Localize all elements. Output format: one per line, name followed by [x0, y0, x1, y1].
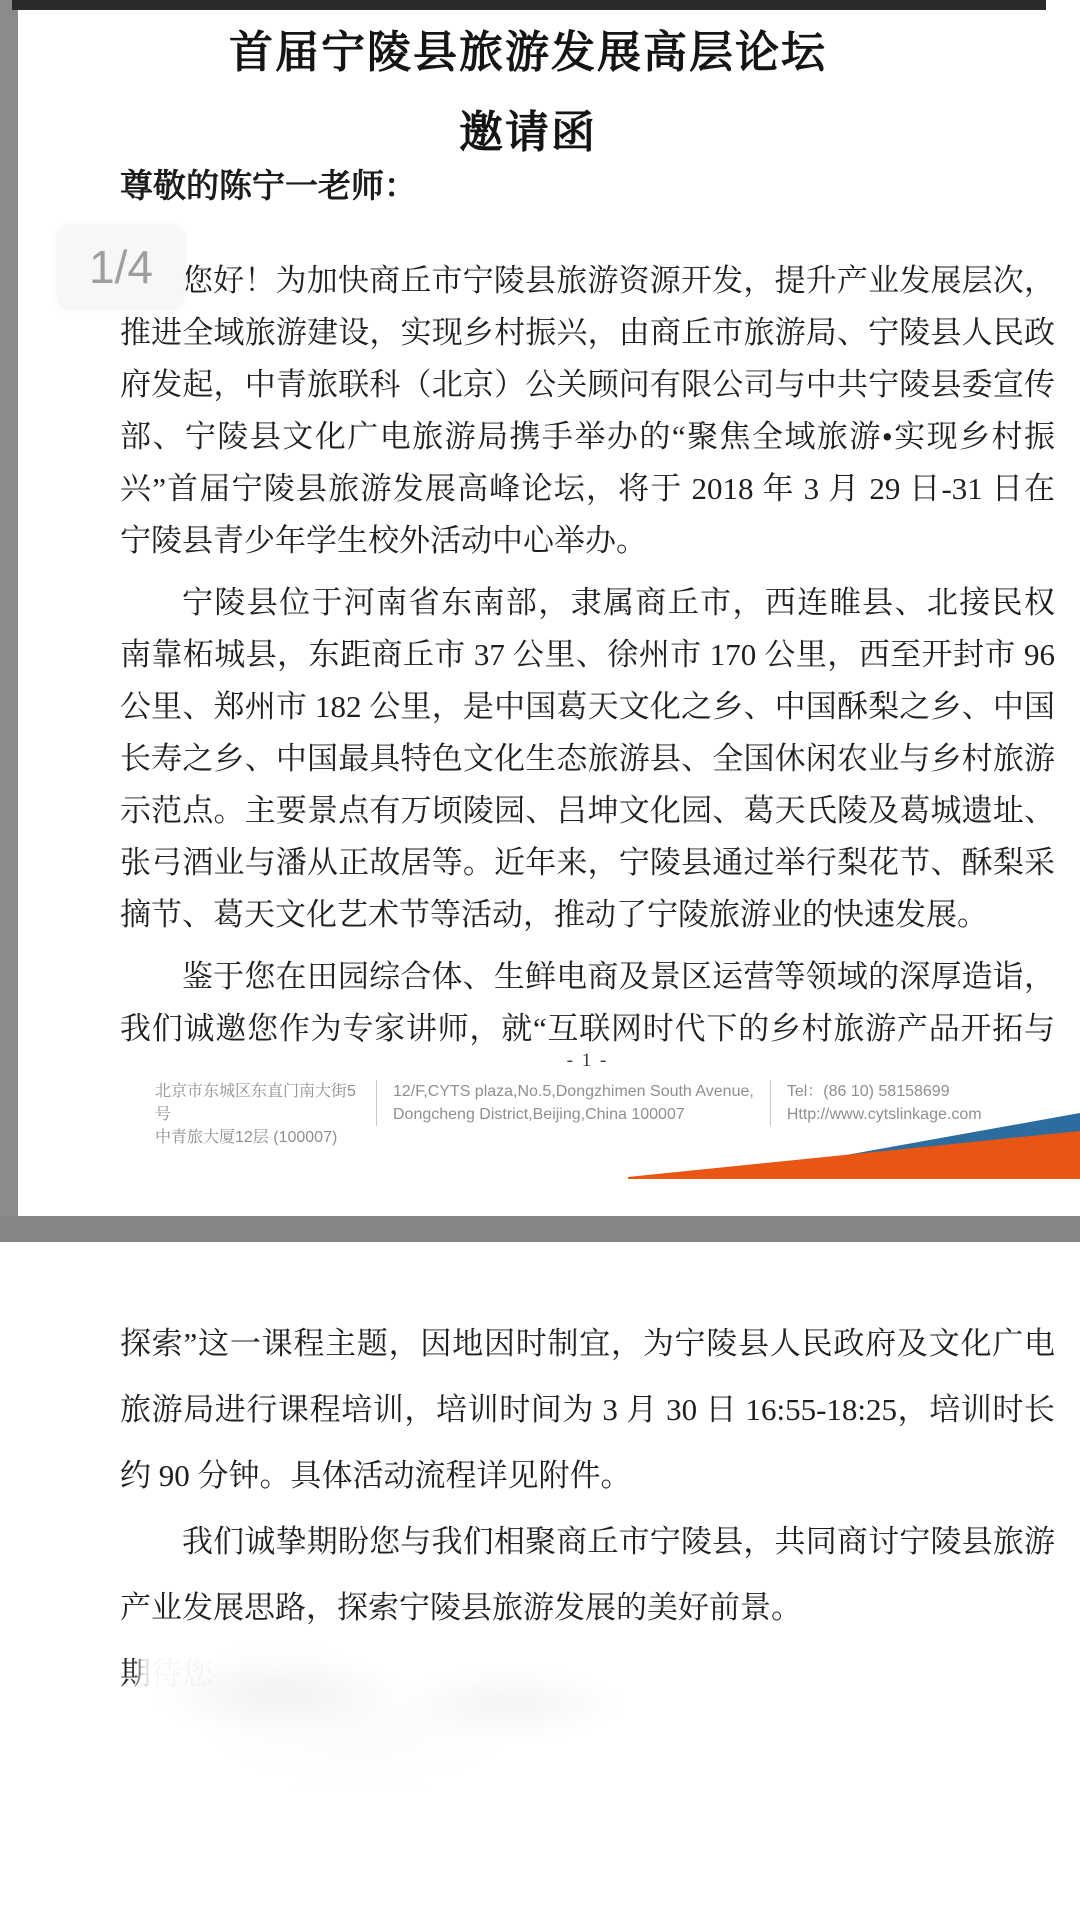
viewer-left-margin — [0, 0, 18, 1216]
document-viewer[interactable]: 首届宁陵县旅游发展高层论坛 邀请函 尊敬的陈宁一老师： 您好！为加快商丘市宁陵县… — [0, 0, 1080, 1920]
footer-tel: Tel：(86 10) 58158699 — [787, 1080, 982, 1103]
footer-address-en-line1: 12/F,CYTS plaza,No.5,Dongzhimen South Av… — [393, 1080, 754, 1103]
body-line: 公里、郑州市 182 公里，是中国葛天文化之乡、中国酥梨之乡、中国 — [120, 681, 1055, 733]
redacted-signature-blur — [140, 1634, 620, 1799]
body-line: 南靠柘城县，东距商丘市 37 公里、徐州市 170 公里，西至开封市 96 — [120, 629, 1055, 681]
body-line: 府发起，中青旅联科（北京）公关顾问有限公司与中共宁陵县委宣传 — [120, 359, 1055, 411]
doc-title-line2: 邀请函 — [18, 96, 1038, 160]
letterhead-swoosh-graphic — [628, 1113, 1080, 1185]
body-line: 宁陵县青少年学生校外活动中心举办。 — [120, 515, 1055, 567]
body-line: 推进全域旅游建设，实现乡村振兴，由商丘市旅游局、宁陵县人民政 — [120, 307, 1055, 359]
body-line: 您好！为加快商丘市宁陵县旅游资源开发，提升产业发展层次， — [120, 255, 1055, 307]
salutation: 尊敬的陈宁一老师： — [120, 160, 417, 207]
body-line: 宁陵县位于河南省东南部，隶属商丘市，西连睢县、北接民权县、 — [120, 577, 1055, 629]
body-line: 部、宁陵县文化广电旅游局携手举办的“聚焦全域旅游•实现乡村振 — [120, 411, 1055, 463]
footer-address-cn-line1: 北京市东城区东直门南大街5号 — [155, 1080, 360, 1126]
body-line: 兴”首届宁陵县旅游发展高峰论坛，将于 2018 年 3 月 29 日-31 日在 — [120, 463, 1055, 515]
document-page-2: 探索”这一课程主题，因地因时制宜，为宁陵县人民政府及文化广电 旅游局进行课程培训… — [0, 1242, 1080, 1920]
document-page-1: 首届宁陵县旅游发展高层论坛 邀请函 尊敬的陈宁一老师： 您好！为加快商丘市宁陵县… — [18, 10, 1080, 1216]
body-line: 示范点。主要景点有万顷陵园、吕坤文化园、葛天氏陵及葛城遗址、 — [120, 785, 1055, 837]
doc-title-line1: 首届宁陵县旅游发展高层论坛 — [18, 16, 1038, 80]
body-line: 探索”这一课程主题，因地因时制宜，为宁陵县人民政府及文化广电 — [120, 1318, 1055, 1370]
body-line: 约 90 分钟。具体活动流程详见附件。 — [120, 1450, 1055, 1502]
page-indicator-badge: 1/4 — [56, 224, 186, 310]
body-line: 产业发展思路，探索宁陵县旅游发展的美好前景。 — [120, 1582, 1055, 1634]
body-line: 旅游局进行课程培训，培训时间为 3 月 30 日 16:55-18:25，培训时… — [120, 1384, 1055, 1436]
body-line: 鉴于您在田园综合体、生鲜电商及景区运营等领域的深厚造诣， — [120, 951, 1055, 1003]
footer-address-cn: 北京市东城区东直门南大街5号 中青旅大厦12层 (100007) — [155, 1080, 360, 1149]
body-line: 张弓酒业与潘从正故居等。近年来，宁陵县通过举行梨花节、酥梨采 — [120, 837, 1055, 889]
body-line: 我们诚邀您作为专家讲师，就“互联网时代下的乡村旅游产品开拓与 — [120, 1003, 1055, 1055]
body-line: 长寿之乡、中国最具特色文化生态旅游县、全国休闲农业与乡村旅游 — [120, 733, 1055, 785]
body-line: 摘节、葛天文化艺术节等活动，推动了宁陵旅游业的快速发展。 — [120, 889, 1055, 941]
footer-address-cn-line2: 中青旅大厦12层 (100007) — [155, 1126, 360, 1149]
page-indicator-label: 1/4 — [89, 240, 153, 294]
viewer-top-band — [12, 0, 1046, 10]
page-number: - 1 - — [120, 1050, 1055, 1072]
body-line: 我们诚挚期盼您与我们相聚商丘市宁陵县，共同商讨宁陵县旅游 — [120, 1516, 1055, 1568]
page-gap-divider — [0, 1216, 1080, 1242]
